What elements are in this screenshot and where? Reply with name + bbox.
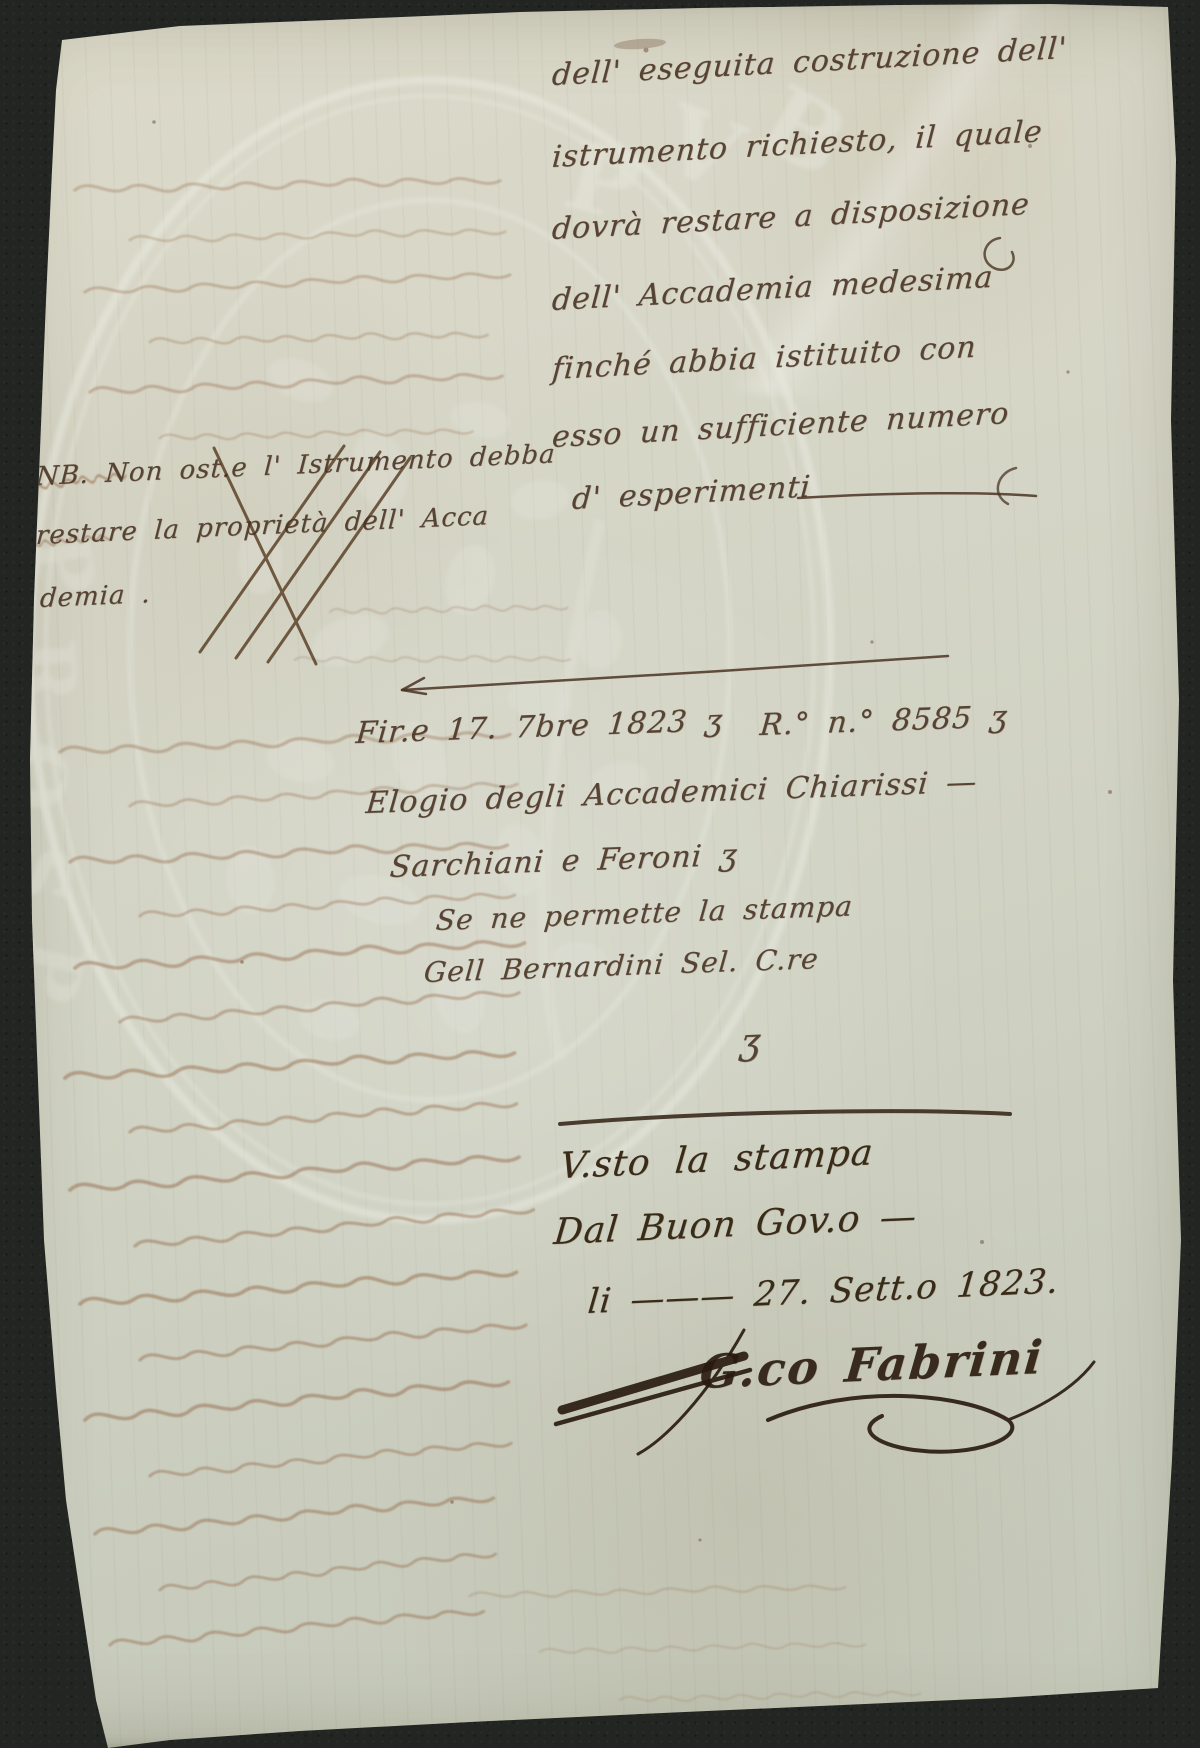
divider-line: [402, 656, 948, 690]
approval-visto: V.sto la stampa: [558, 1132, 875, 1187]
registry-secretary: Gell Bernardini Sel. C.re: [423, 942, 821, 989]
divider-arrowhead: [402, 678, 426, 694]
watermark-letter: S: [0, 837, 90, 907]
approval-office: Dal Buon Gov.o —: [552, 1196, 919, 1253]
registry-place-date: Fir.e 17. 7bre 1823 ʒ: [354, 703, 724, 751]
scan-background: P V B P R O S P: [0, 0, 1200, 1748]
main-text-line: esso un sufficiente numero: [551, 396, 1011, 455]
registry-title-line: Sarchiani e Feroni ʒ: [388, 838, 739, 885]
bleedthrough-handwriting: [0, 171, 920, 1705]
margin-note-line: NB. Non ost.e l' Istrumento debba: [35, 439, 556, 492]
margin-note-line: demia .: [39, 579, 152, 614]
registry-title-line: Elogio degli Accademici Chiarissi —: [364, 765, 978, 821]
watermark-letter: R: [0, 635, 95, 708]
flourish-line: [798, 493, 1036, 498]
manuscript-page: P V B P R O S P: [0, 0, 1200, 1748]
watermark-letter: P: [0, 930, 105, 1011]
margin-note-line: restare la proprietà dell' Acca: [35, 501, 490, 551]
approval-signature: G.co Fabrini: [697, 1330, 1046, 1399]
main-text-line: d' esperimenti: [571, 469, 812, 517]
registry-flourish-mark: ʒ: [738, 1021, 763, 1063]
registry-permission: Se ne permette la stampa: [435, 889, 855, 937]
separator-rule: [560, 1111, 1010, 1124]
watermark-letter: O: [0, 739, 85, 812]
approval-date: li ——— 27. Sett.o 1823.: [586, 1261, 1061, 1322]
registry-number: R.° n.° 8585 ʒ: [758, 699, 1009, 743]
margin-curl: [998, 468, 1016, 504]
